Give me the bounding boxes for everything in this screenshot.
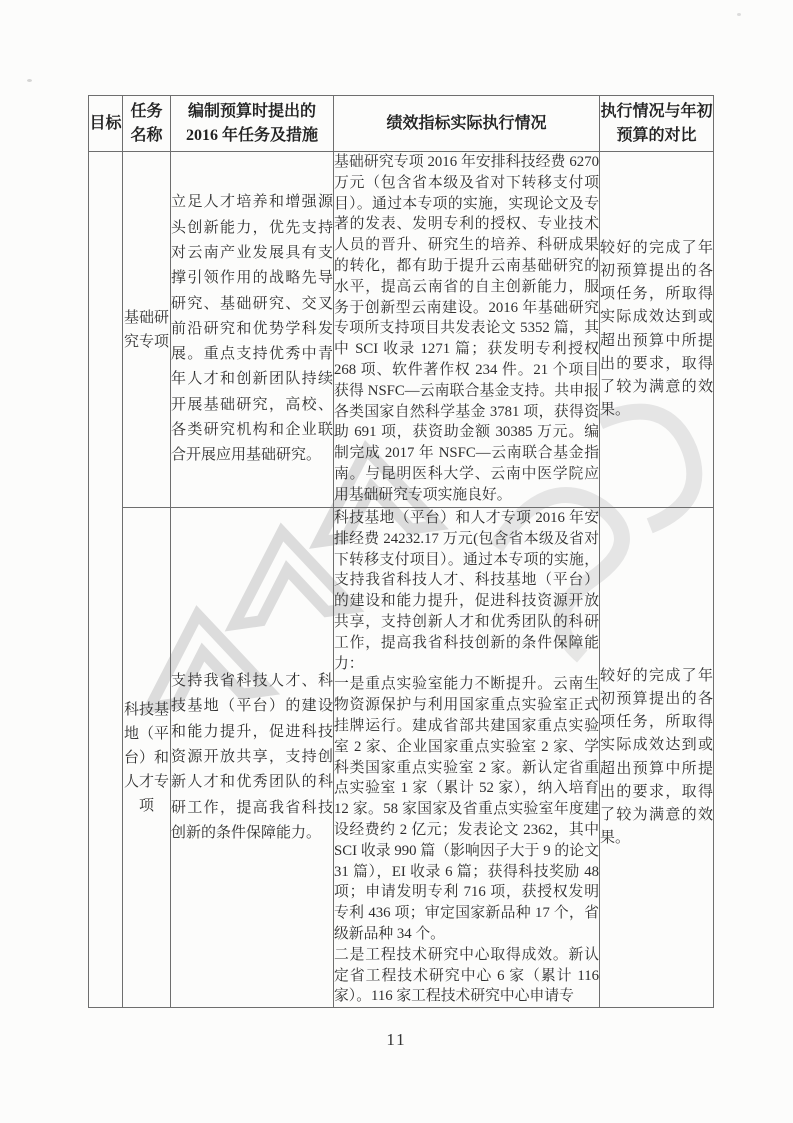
header-goal: 目标	[89, 96, 123, 152]
header-tasks-measures: 编制预算时提出的 2016 年任务及措施	[171, 96, 334, 152]
cell-task-name: 基础研究专项	[123, 152, 171, 508]
table-row: 科技基地（平台）和人才专项 支持我省科技人才、科技基地（平台）的建设和能力提升，…	[89, 508, 714, 1008]
cell-comparison: 较好的完成了年初预算提出的各项任务，所取得实际成效达到或超出预算中所提出的要求，…	[600, 152, 714, 508]
header-comparison: 执行情况与年初预算的对比	[600, 96, 714, 152]
cell-tasks-measures: 支持我省科技人才、科技基地（平台）的建设和能力提升，促进科技资源开放共享，支持创…	[171, 508, 334, 1008]
scan-speck	[27, 79, 32, 82]
cell-performance: 科技基地（平台）和人才专项 2016 年安排经费 24232.17 万元(包含省…	[334, 508, 600, 1008]
table-row: 基础研究专项 立足人才培养和增强源头创新能力，优先支持对云南产业发展具有支撑引领…	[89, 152, 714, 508]
performance-table: 目标 任务名称 编制预算时提出的 2016 年任务及措施 绩效指标实际执行情况 …	[88, 95, 714, 1008]
header-performance: 绩效指标实际执行情况	[334, 96, 600, 152]
page-number: 11	[0, 1030, 793, 1050]
table-header-row: 目标 任务名称 编制预算时提出的 2016 年任务及措施 绩效指标实际执行情况 …	[89, 96, 714, 152]
cell-goal	[89, 152, 123, 1008]
cell-performance: 基础研究专项 2016 年安排科技经费 6270 万元（包含省本级及省对下转移支…	[334, 152, 600, 508]
header-task-name: 任务名称	[123, 96, 171, 152]
cell-tasks-measures: 立足人才培养和增强源头创新能力，优先支持对云南产业发展具有支撑引领作用的战略先导…	[171, 152, 334, 508]
document-page: 目标 任务名称 编制预算时提出的 2016 年任务及措施 绩效指标实际执行情况 …	[0, 0, 793, 1123]
cell-task-name: 科技基地（平台）和人才专项	[123, 508, 171, 1008]
scan-speck	[737, 13, 741, 16]
cell-comparison: 较好的完成了年初预算提出的各项任务，所取得实际成效达到或超出预算中所提出的要求，…	[600, 508, 714, 1008]
